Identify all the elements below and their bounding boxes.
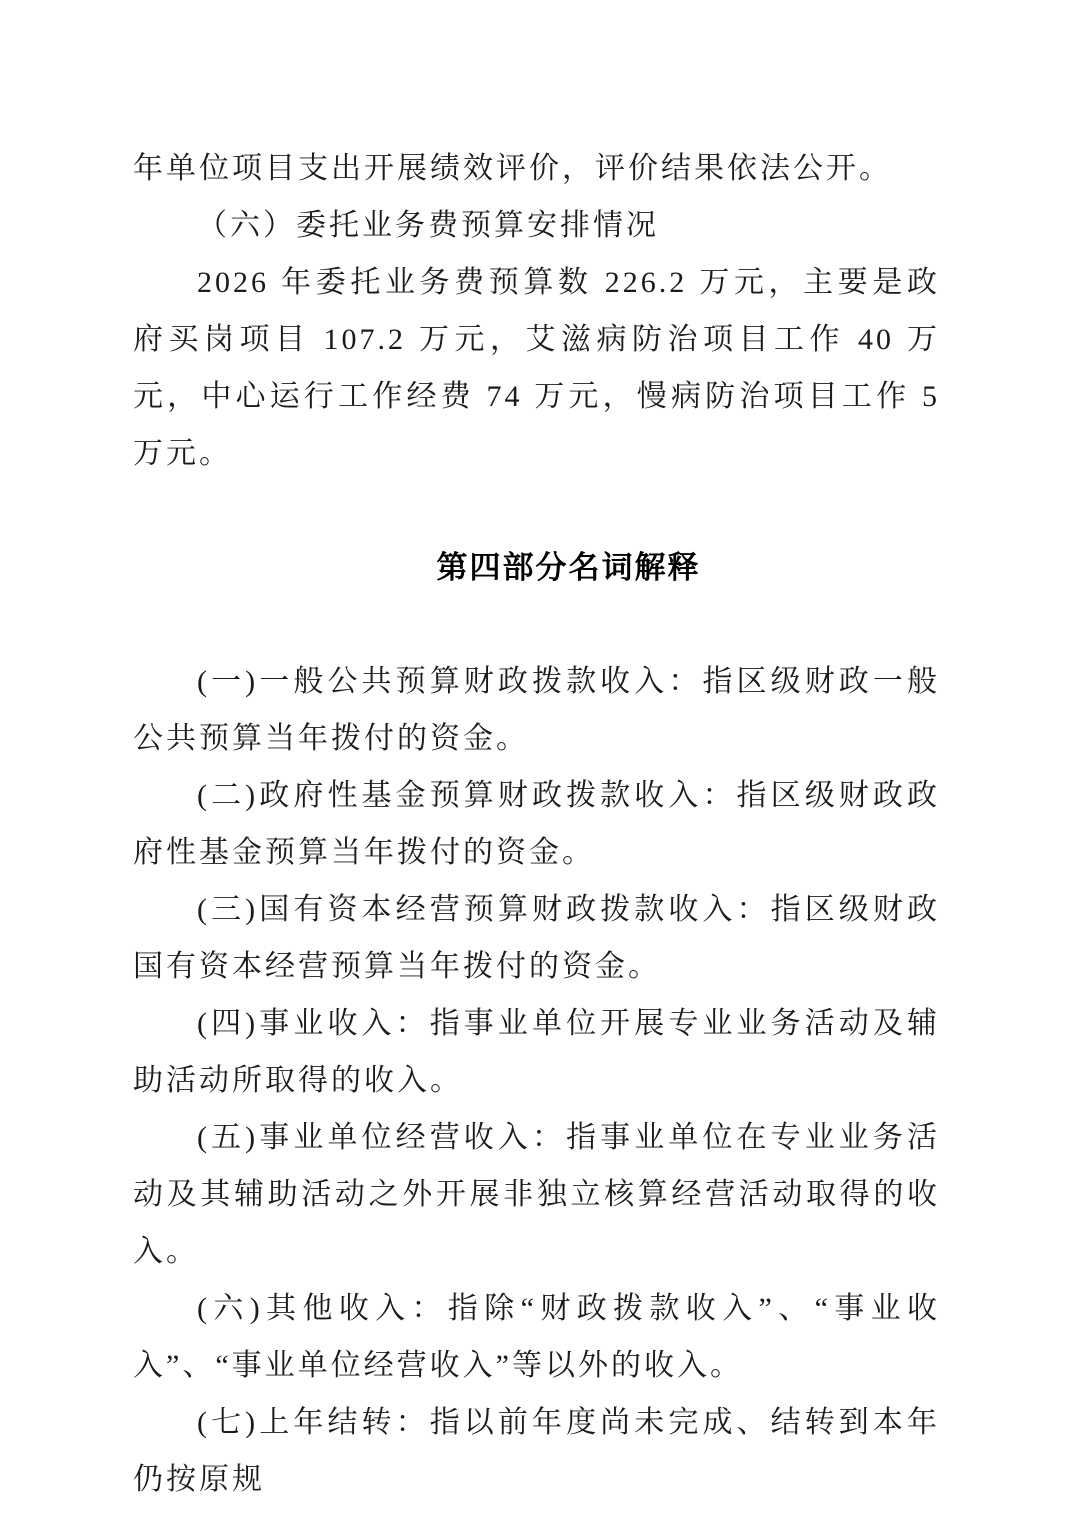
definition-paragraph-4: (四)事业收入：指事业单位开展专业业务活动及辅助活动所取得的收入。	[133, 995, 940, 1109]
definition-paragraph-3: (三)国有资本经营预算财政拨款收入：指区级财政国有资本经营预算当年拨付的资金。	[133, 881, 940, 995]
paragraph-weituo-budget: 2026 年委托业务费预算数 226.2 万元，主要是政府买岗项目 107.2 …	[133, 254, 940, 482]
definition-paragraph-6: (六)其他收入：指除“财政拨款收入”、“事业收入”、“事业单位经营收入”等以外的…	[133, 1280, 940, 1394]
section-heading-part4: 第四部分名词解释	[133, 539, 940, 596]
definition-paragraph-2: (二)政府性基金预算财政拨款收入：指区级财政政府性基金预算当年拨付的资金。	[133, 767, 940, 881]
definition-paragraph-5: (五)事业单位经营收入：指事业单位在专业业务活动及其辅助活动之外开展非独立核算经…	[133, 1109, 940, 1280]
definition-paragraph-1: (一)一般公共预算财政拨款收入：指区级财政一般公共预算当年拨付的资金。	[133, 653, 940, 767]
paragraph-continuation: 年单位项目支出开展绩效评价，评价结果依法公开。	[133, 140, 940, 197]
subsection-heading-weituo: （六）委托业务费预算安排情况	[133, 197, 940, 254]
document-page: 年单位项目支出开展绩效评价，评价结果依法公开。 （六）委托业务费预算安排情况 2…	[0, 0, 1074, 1520]
definition-paragraph-7: (七)上年结转：指以前年度尚未完成、结转到本年仍按原规	[133, 1394, 940, 1508]
document-body: 年单位项目支出开展绩效评价，评价结果依法公开。 （六）委托业务费预算安排情况 2…	[133, 140, 940, 1508]
